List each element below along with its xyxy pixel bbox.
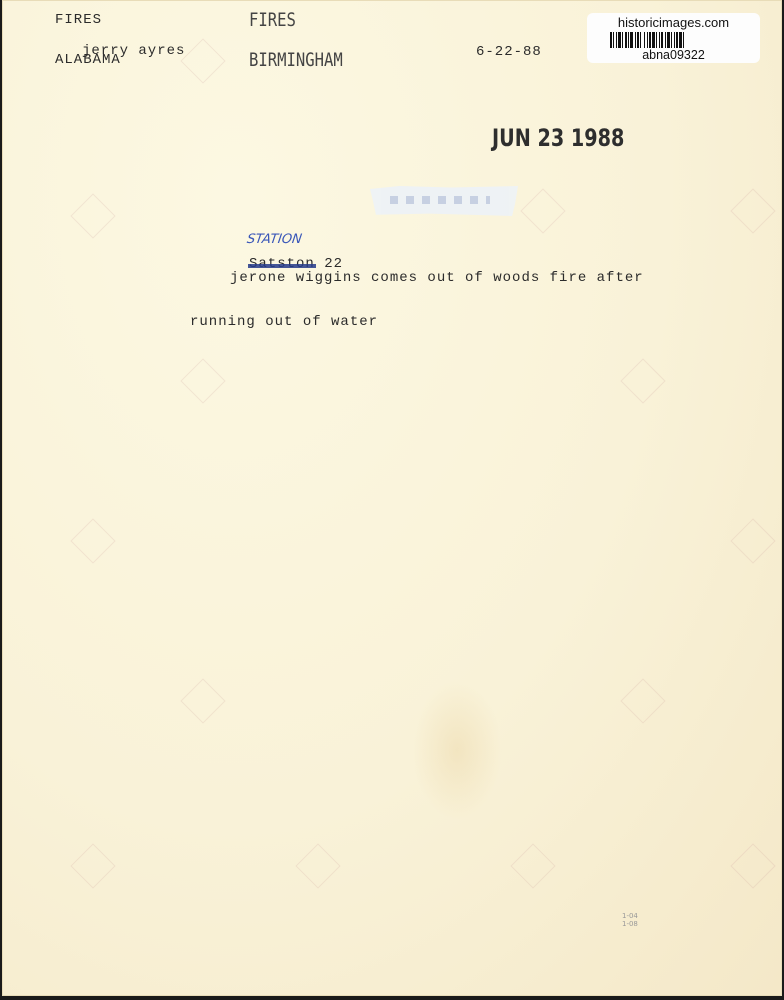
pencil-note: 1-041-08 [622, 912, 638, 928]
caption-line-3: running out of water [190, 314, 378, 330]
watermark-icon [180, 38, 225, 83]
category-typed: FIRES [55, 12, 102, 28]
watermark-icon [180, 678, 225, 723]
watermark-icon [730, 188, 775, 233]
date-stamp: JUN 23 1988 [492, 124, 624, 152]
archive-site: historicimages.com [587, 15, 760, 30]
watermark-icon [295, 843, 340, 888]
watermark-icon [180, 358, 225, 403]
paper-stain [412, 680, 502, 820]
caption-line-2: jerone wiggins comes out of woods fire a… [230, 270, 644, 286]
photo-back-sheet: FIRES ALABAMA jerry ayres FIRES BIRMINGH… [2, 0, 782, 996]
watermark-icon [70, 193, 115, 238]
barcode-icon [610, 32, 738, 48]
watermark-icon [730, 518, 775, 563]
archive-id: abna09322 [587, 48, 760, 62]
watermark-icon [70, 518, 115, 563]
city-stamped: BIRMINGHAM [249, 49, 343, 71]
watermark-icon [620, 358, 665, 403]
photographer-name: jerry ayres [82, 43, 185, 59]
watermark-icon [70, 843, 115, 888]
archive-label: historicimages.com abna09322 [587, 13, 760, 63]
watermark-icon [520, 188, 565, 233]
watermark-icon [620, 678, 665, 723]
watermark-icon [730, 843, 775, 888]
tape-residue [370, 186, 518, 216]
watermark-icon [510, 843, 555, 888]
category-stamped: FIRES [249, 9, 296, 31]
handwritten-correction: STATION [246, 232, 303, 247]
typed-date: 6-22-88 [476, 44, 542, 60]
